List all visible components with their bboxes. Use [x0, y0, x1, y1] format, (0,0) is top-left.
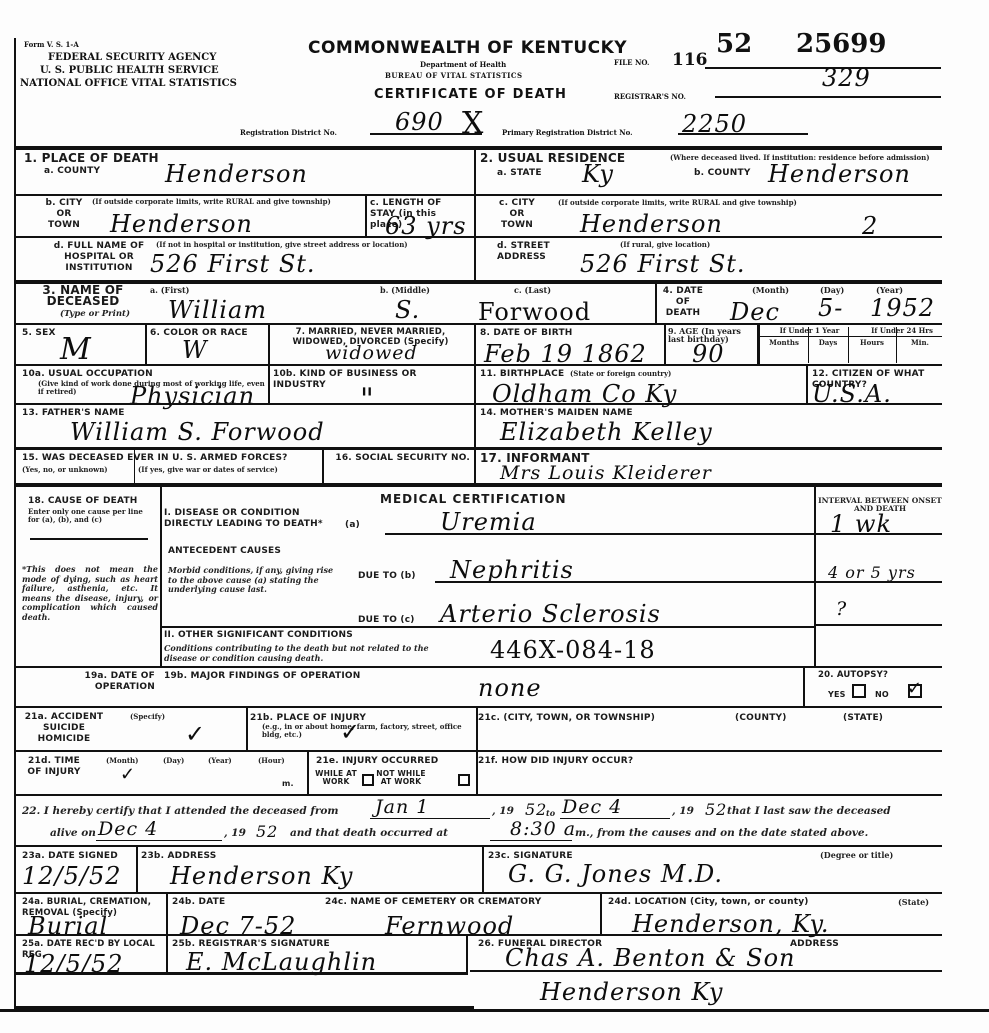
sex-value: M	[60, 332, 92, 367]
location-state-label: (State)	[898, 898, 929, 906]
cert-text-4: and that death occurred at	[290, 828, 448, 838]
last-name-label: c. (Last)	[514, 286, 551, 294]
file-no: 116	[672, 50, 708, 70]
file-no-label: FILE NO.	[614, 58, 649, 67]
race-value: W	[182, 336, 208, 364]
informant-value: Mrs Louis Kleiderer	[500, 462, 712, 484]
part2-label: II. OTHER SIGNIFICANT CONDITIONS	[164, 630, 353, 641]
cert-to-label: to	[546, 808, 555, 818]
op-date-label: 19a. DATE OF OPERATION	[30, 671, 155, 693]
dob-label: 8. DATE OF BIRTH	[480, 328, 573, 339]
armed-forces-note-1: (Yes, no, or unknown)	[22, 466, 108, 474]
age-under-1yr-label: If Under 1 Year	[762, 327, 857, 335]
left-border	[14, 38, 16, 148]
dod-day-label: (Day)	[820, 286, 844, 294]
injury-type-specify: (Specify)	[130, 713, 165, 721]
res-city-label: c. CITY OR TOWN	[497, 198, 537, 231]
res-county-value: Henderson	[768, 160, 911, 188]
cert-year-prefix-3: , 19	[224, 828, 246, 838]
op-findings-value: none	[478, 674, 542, 702]
pod-hospital-label: d. FULL NAME OF HOSPITAL OR INSTITUTION	[44, 241, 154, 274]
cause-of-death-note: Enter only one cause per line for (a), (…	[28, 508, 156, 524]
reg-mark: X	[462, 106, 484, 141]
while-at-work-label: WHILE AT WORK	[312, 770, 360, 786]
age-hours-label: Hours	[850, 339, 894, 347]
age-min-label: Min.	[898, 339, 942, 347]
res-street-label: d. STREET ADDRESS	[497, 241, 557, 263]
injury-city-label: 21c. (CITY, TOWN, OR TOWNSHIP)	[478, 713, 655, 724]
part2-note: Conditions contributing to the death but…	[164, 643, 456, 663]
res-state-value: Ky	[582, 160, 614, 188]
address-label: 23b. ADDRESS	[141, 851, 216, 862]
cert-to-year: 52	[705, 800, 727, 819]
stamp-year: 52	[716, 29, 752, 59]
not-while-at-work-label: NOT WHILE AT WORK	[375, 770, 427, 786]
while-at-work-checkbox[interactable]	[362, 774, 374, 786]
state-title: COMMONWEALTH OF KENTUCKY	[308, 38, 627, 58]
part1-label: I. DISEASE OR CONDITION DIRECTLY LEADING…	[164, 508, 344, 530]
injury-time-m: m.	[282, 778, 294, 789]
pod-hospital-note: (If not in hospital or institution, give…	[156, 241, 471, 249]
autopsy-label: 20. AUTOPSY?	[818, 670, 888, 681]
ssn-label: 16. SOCIAL SECURITY NO.	[328, 453, 470, 464]
cert-text-1: 22. I hereby certify that I attended the…	[22, 806, 339, 816]
cert-last-seen: Dec 4	[98, 818, 158, 840]
injury-time-label: 21d. TIME OF INJURY	[24, 756, 84, 778]
injury-how-label: 21f. HOW DID INJURY OCCUR?	[478, 756, 633, 767]
degree-label: (Degree or title)	[820, 851, 893, 859]
birthplace-label: 11. BIRTHPLACE	[480, 369, 564, 380]
pod-city-note: (If outside corporate limits, write RURA…	[92, 198, 362, 206]
sex-label: 5. SEX	[22, 328, 56, 339]
agency-line-2: U. S. PUBLIC HEALTH SERVICE	[40, 65, 219, 76]
injury-county-label: (COUNTY)	[735, 713, 787, 724]
signature-value: G. G. Jones M.D.	[508, 860, 723, 888]
cert-from-year: 52	[525, 800, 547, 819]
cause-a-label: (a)	[345, 520, 360, 531]
middle-name-label: b. (Middle)	[380, 286, 430, 294]
pod-city-label: b. CITY OR TOWN	[44, 198, 84, 231]
res-state-label: a. STATE	[497, 168, 542, 179]
address-value: Henderson Ky	[170, 862, 353, 890]
injury-time-mark: ✓	[120, 764, 136, 785]
form-left-border	[14, 146, 16, 1009]
op-findings-label: 19b. MAJOR FINDINGS OF OPERATION	[164, 671, 360, 682]
occupation-value: Physician	[130, 382, 255, 410]
armed-forces-label: 15. WAS DECEASED EVER IN U. S. ARMED FOR…	[22, 453, 288, 464]
cause-a-value: Uremia	[440, 508, 537, 536]
res-city-note: (If outside corporate limits, write RURA…	[558, 199, 938, 207]
autopsy-yes-checkbox[interactable]	[852, 684, 866, 698]
first-name-label: a. (First)	[150, 286, 189, 294]
cert-to-date: Dec 4	[562, 796, 622, 818]
res-street-note: (If rural, give location)	[620, 241, 710, 249]
res-county-label: b. COUNTY	[694, 168, 751, 179]
registrar-no: 329	[822, 64, 871, 92]
injury-time-hour: (Hour)	[258, 757, 285, 765]
first-name-value: William	[168, 296, 267, 324]
mother-value: Elizabeth Kelley	[500, 418, 713, 446]
form-top-border	[14, 146, 942, 150]
deceased-name-note: (Type or Print)	[60, 309, 130, 319]
dod-year-value: 1952	[870, 294, 935, 322]
pod-hospital-value: 526 First St.	[150, 250, 316, 278]
interval-b-value: 4 or 5 yrs	[828, 563, 916, 582]
burial-date-label: 24b. DATE	[172, 897, 225, 908]
cert-last-year: 52	[256, 822, 278, 841]
age-months-label: Months	[762, 339, 806, 347]
pod-county-label: a. COUNTY	[44, 166, 100, 177]
cert-time: 8:30 a	[510, 818, 576, 840]
birthplace-note: (State or foreign country)	[570, 370, 671, 378]
father-value: William S. Forwood	[70, 418, 325, 446]
autopsy-yes-label: YES	[828, 689, 846, 700]
autopsy-no-label: NO	[875, 689, 889, 700]
middle-name-value: S.	[395, 296, 420, 324]
certificate-title: CERTIFICATE OF DEATH	[374, 87, 567, 102]
injury-type-mark: ✓	[185, 720, 206, 748]
injury-time-day: (Day)	[163, 757, 184, 765]
page-bottom-rule	[0, 1009, 989, 1012]
dod-month-label: (Month)	[752, 286, 789, 294]
primary-district-label: Primary Registration District No.	[502, 128, 633, 137]
cert-text-3: alive on	[50, 828, 96, 838]
autopsy-check-mark: ✓	[907, 678, 922, 699]
not-while-at-work-checkbox[interactable]	[458, 774, 470, 786]
funeral-director-address-value: Henderson Ky	[540, 978, 723, 1006]
pod-city-value: Henderson	[110, 210, 253, 238]
business-value: "	[360, 382, 375, 417]
cert-from-date: Jan 1	[375, 796, 429, 818]
res-street-value: 526 First St.	[580, 250, 746, 278]
cause-c-label: DUE TO (c)	[358, 615, 415, 626]
cause-of-death-label: 18. CAUSE OF DEATH	[28, 496, 138, 507]
department: Department of Health	[420, 60, 506, 69]
cause-b-value: Nephritis	[450, 556, 574, 584]
cert-text-2: that I last saw the deceased	[727, 806, 891, 816]
place-of-death-label: 1. PLACE OF DEATH	[24, 153, 159, 164]
res-city-value: Henderson	[580, 210, 723, 238]
cause-c-value: Arterio Sclerosis	[440, 600, 661, 628]
registrar-no-label: REGISTRAR'S NO.	[614, 92, 686, 101]
cemetery-label: 24c. NAME OF CEMETERY OR CREMATORY	[325, 897, 541, 908]
other-conditions-value: 446X-084-18	[490, 636, 656, 664]
funeral-director-value: Chas A. Benton & Son	[505, 944, 795, 972]
agency-line-1: FEDERAL SECURITY AGENCY	[48, 52, 216, 63]
antecedent-label: ANTECEDENT CAUSES	[168, 546, 281, 557]
date-signed-value: 12/5/52	[22, 862, 122, 890]
pod-county-value: Henderson	[165, 160, 308, 188]
injury-occurred-label: 21e. INJURY OCCURRED	[316, 756, 438, 767]
cause-footnote: *This does not mean the mode of dying, s…	[22, 565, 158, 622]
injury-place-note: (e.g., in or about home, farm, factory, …	[262, 723, 472, 739]
deceased-name-label: 3. NAME OF DECEASED	[24, 285, 142, 307]
interval-c-value: ?	[836, 598, 847, 620]
reg-district: 690	[395, 108, 444, 136]
cert-year-prefix-1: , 19	[492, 806, 514, 816]
cause-b-label: DUE TO (b)	[358, 571, 416, 582]
armed-forces-note-2: (If yes, give war or dates of service)	[138, 466, 278, 474]
agency-line-3: NATIONAL OFFICE VITAL STATISTICS	[20, 78, 237, 89]
dod-day-value: 5-	[818, 294, 843, 322]
cert-text-5: m., from the causes and on the date stat…	[575, 828, 868, 838]
injury-place-mark: ✓	[340, 718, 361, 746]
dod-month-value: Dec	[730, 298, 780, 326]
funeral-director-address-label: ADDRESS	[790, 939, 839, 950]
injury-type-label: 21a. ACCIDENT SUICIDE HOMICIDE	[24, 712, 104, 745]
last-name-value: Forwood	[478, 298, 591, 326]
dod-year-label: (Year)	[876, 286, 903, 294]
form-number: Form V. S. 1-A	[24, 40, 79, 49]
location-label: 24d. LOCATION (City, town, or county)	[608, 897, 809, 908]
age-days-label: Days	[810, 339, 846, 347]
stamp-number: 25699	[796, 29, 886, 59]
date-signed-label: 23a. DATE SIGNED	[22, 851, 118, 862]
age-under-24hr-label: If Under 24 Hrs	[862, 327, 942, 335]
medical-cert-title: MEDICAL CERTIFICATION	[380, 494, 567, 505]
marital-value: widowed	[325, 342, 418, 364]
bureau: BUREAU OF VITAL STATISTICS	[385, 71, 523, 80]
reg-district-label: Registration District No.	[240, 128, 337, 137]
antecedent-note: Morbid conditions, if any, giving rise t…	[168, 566, 343, 595]
injury-state-label: (STATE)	[843, 713, 883, 724]
cert-year-prefix-2: , 19	[672, 806, 694, 816]
dod-label: 4. DATE OF DEATH	[660, 286, 706, 319]
injury-time-year: (Year)	[208, 757, 232, 765]
